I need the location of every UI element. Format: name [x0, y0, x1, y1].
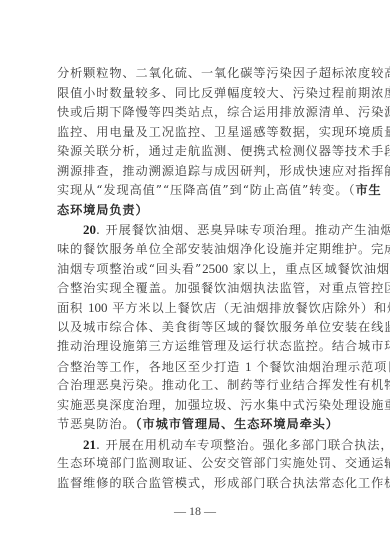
responsible-party: 态环境局负责）: [57, 201, 347, 221]
text-line: 实施恶臭深度治理，加强垃圾、污水集中式污染处理设施重点环: [57, 396, 347, 416]
text-line: 合治理恶臭污染。推动化工、制药等行业结合挥发性有机物防治: [57, 376, 347, 396]
text-line: 味的餐饮服务单位全部安装油烟净化设施并定期维护。完成餐饮: [57, 240, 347, 260]
text-line: 快或后期下降慢等四类站点，综合运用排放源清单、污染源在线: [57, 103, 347, 123]
text-line: 合整治实现全覆盖。加强餐饮油烟执法监管，对重点管控区域内: [57, 279, 347, 299]
text-segment: 实现从“发现高值”“压降高值”到“防止高值”转变。（: [57, 183, 355, 197]
document-page: 分析颗粒物、二氧化硫、一氧化碳等污染因子超标浓度较高、超 限值小时数量较多、同比…: [0, 0, 390, 551]
item-20-heading: 20. 开展餐饮油烟、恶臭异味专项治理。推动产生油烟或异: [57, 220, 347, 240]
text-line: 染源关联分析，通过走航监测、便携式检测仪器等技术手段开展: [57, 142, 347, 162]
item-title: . 开展在用机动车专项整治。强化多部门联合执法，完善: [96, 438, 390, 452]
body-text: 分析颗粒物、二氧化硫、一氧化碳等污染因子超标浓度较高、超 限值小时数量较多、同比…: [57, 64, 347, 493]
responsible-party: （市城市管理局、生态环境局牵头）: [136, 417, 339, 431]
text-segment: 面积: [57, 301, 83, 315]
text-segment: 平方米以上餐饮店（无油烟排放餐饮店除外）和烧烤店: [107, 301, 390, 315]
text-segment: 个餐饮油烟治理示范项目。综: [252, 360, 390, 374]
text-segment: 节恶臭防治。: [57, 417, 136, 431]
text-line: 监督维修的联合监管模式，形成部门联合执法常态化工作机制。: [57, 474, 347, 494]
item-title: . 开展餐饮油烟、恶臭异味专项治理。推动产生油烟或异: [96, 223, 390, 237]
page-number: — 18 —: [0, 504, 390, 519]
area-value: 100: [88, 300, 108, 315]
text-line: 合整治等工作，各地区至少打造 1 个餐饮油烟治理示范项目。综: [57, 357, 347, 377]
text-line: 油烟专项整治或“回头看”2500 家以上，重点区域餐饮油烟综: [57, 259, 347, 279]
item-number: 21: [83, 437, 96, 452]
text-line: 实现从“发现高值”“压降高值”到“防止高值”转变。（市生: [57, 181, 347, 201]
count-value: 2500: [202, 261, 228, 276]
text-line: 溯源排查，推动溯源追踪与成因研判，形成快速应对指挥能力，: [57, 162, 347, 182]
text-line: 推动治理设施第三方运维管理及运行状态监控。结合城市环境综: [57, 337, 347, 357]
text-line: 限值小时数量较多、同比反弹幅度较大、污染过程前期浓度上升: [57, 84, 347, 104]
text-line: 面积 100 平方米以上餐饮店（无油烟排放餐饮店除外）和烧烤店: [57, 298, 347, 318]
text-segment: 家以上，重点区域餐饮油烟综: [228, 262, 390, 276]
text-line: 监控、用电量及工况监控、卫星遥感等数据，实现环境质量与污: [57, 123, 347, 143]
text-line: 以及城市综合体、美食街等区域的餐饮服务单位安装在线监控。: [57, 318, 347, 338]
text-line: 分析颗粒物、二氧化硫、一氧化碳等污染因子超标浓度较高、超: [57, 64, 347, 84]
text-segment: 合整治等工作，各地区至少打造: [57, 360, 240, 374]
text-line: 生态环境部门监测取证、公安交管部门实施处罚、交通运输部门: [57, 454, 347, 474]
text-segment: 油烟专项整治或“回头看”: [57, 262, 202, 276]
text-line: 节恶臭防治。（市城市管理局、生态环境局牵头）: [57, 415, 347, 435]
item-21-heading: 21. 开展在用机动车专项整治。强化多部门联合执法，完善: [57, 435, 347, 455]
item-number: 20: [83, 222, 96, 237]
responsible-party: 市生: [355, 183, 381, 197]
